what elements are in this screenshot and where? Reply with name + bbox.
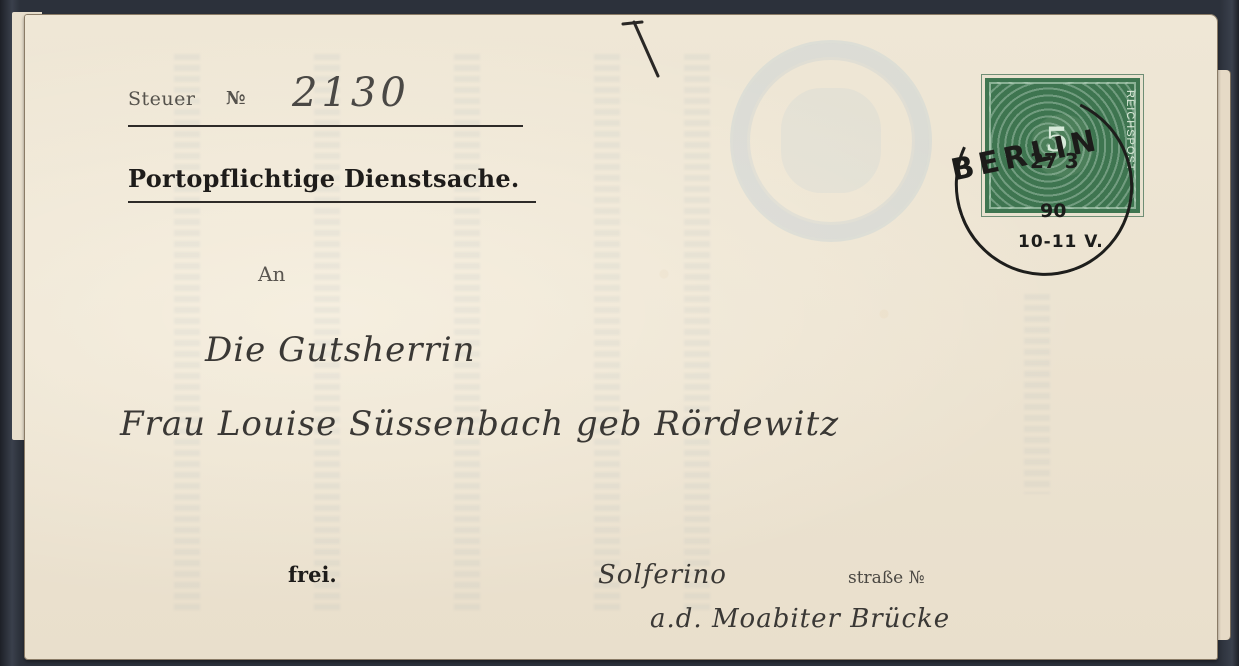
street-line-2: a.d. Moabiter Brücke bbox=[650, 604, 950, 634]
bleed-through-text bbox=[1024, 294, 1050, 494]
bleed-through-text bbox=[594, 54, 620, 614]
steuer-number: 2130 bbox=[292, 70, 410, 116]
street-printed-label: straße № bbox=[848, 568, 925, 588]
official-seal bbox=[730, 40, 932, 242]
postmark-time: 10-11 V. bbox=[1018, 232, 1104, 252]
document-photo: Steuer № 2130 Portopflichtige Dienstsach… bbox=[0, 0, 1239, 666]
document-title: Portopflichtige Dienstsache. bbox=[128, 164, 520, 193]
salutation-label: An bbox=[258, 262, 285, 286]
street-line-1: Solferino bbox=[598, 560, 727, 590]
number-sign: № bbox=[226, 88, 246, 109]
pencil-mark-icon bbox=[620, 16, 670, 81]
divider-rule bbox=[128, 125, 523, 127]
postage-note: frei. bbox=[288, 562, 337, 587]
divider-rule bbox=[128, 201, 536, 203]
addressee-line-2: Frau Louise Süssenbach geb Rördewitz bbox=[120, 404, 839, 444]
steuer-label: Steuer bbox=[128, 88, 195, 110]
postmark-year: 90 bbox=[1040, 200, 1066, 222]
addressee-line-1: Die Gutsherrin bbox=[205, 330, 476, 370]
postmark-date: 27 3 bbox=[1030, 150, 1079, 172]
seal-emblem-icon bbox=[781, 88, 881, 193]
bleed-through-text bbox=[684, 54, 710, 614]
bleed-through-text bbox=[174, 54, 200, 614]
